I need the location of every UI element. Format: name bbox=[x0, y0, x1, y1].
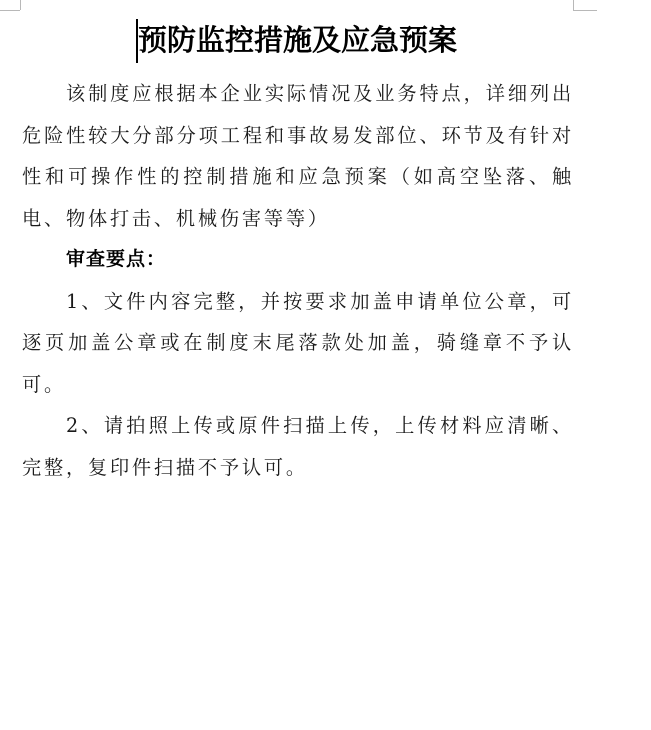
crop-mark-top-right-vertical bbox=[573, 0, 574, 10]
paragraph-description: 该制度应根据本企业实际情况及业务特点，详细列出危险性较大分部分项工程和事故易发部… bbox=[22, 73, 574, 239]
title-row[interactable]: 预防监控措施及应急预案 bbox=[22, 18, 574, 64]
crop-mark-top-right-horizontal bbox=[573, 10, 597, 11]
crop-mark-top-left-horizontal bbox=[0, 10, 20, 11]
crop-mark-top-left-vertical bbox=[20, 0, 21, 10]
review-point-1: 1、文件内容完整，并按要求加盖申请单位公章，可逐页加盖公章或在制度末尾落款处加盖… bbox=[22, 281, 574, 406]
document-title: 预防监控措施及应急预案 bbox=[138, 20, 457, 60]
review-points-heading: 审查要点： bbox=[22, 239, 574, 281]
document-body[interactable]: 该制度应根据本企业实际情况及业务特点，详细列出危险性较大分部分项工程和事故易发部… bbox=[22, 73, 574, 488]
review-point-2: 2、请拍照上传或原件扫描上传，上传材料应清晰、完整，复印件扫描不予认可。 bbox=[22, 405, 574, 488]
